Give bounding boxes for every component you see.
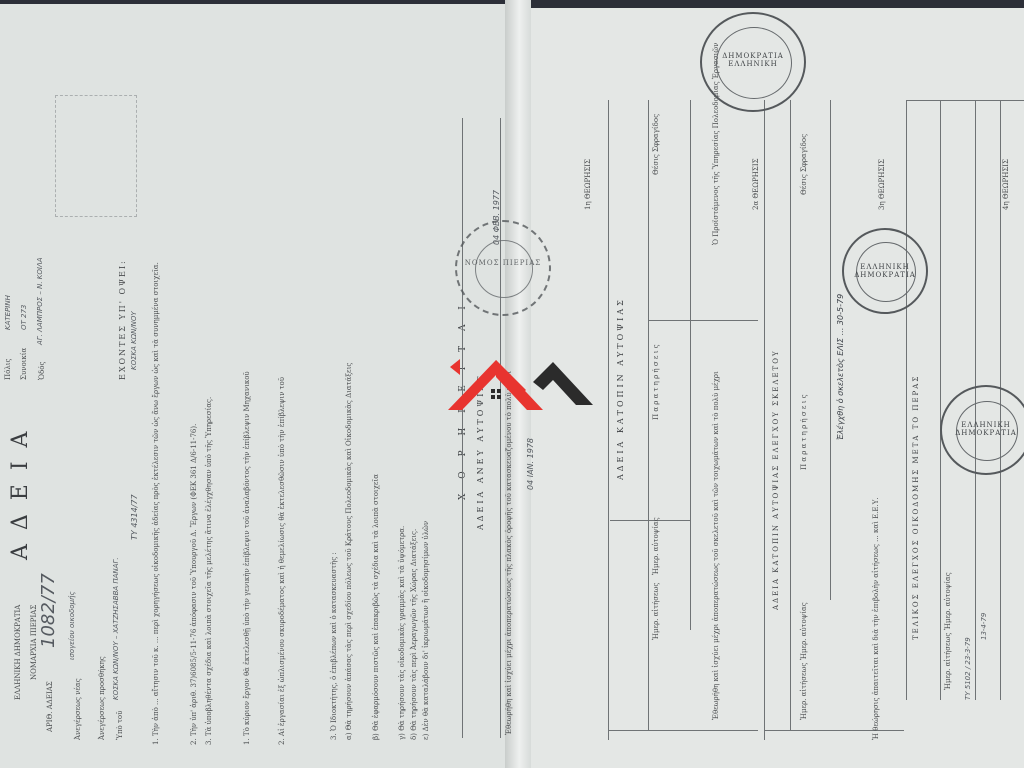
- permit-number-label: ΑΡΙΘ. ΑΔΕΙΑΣ: [46, 681, 54, 732]
- protocol-value: ΤΥ 4314/77: [130, 494, 139, 540]
- stamp-republic-top: ΔΗΜΟΚΡΑΤΙΑ ΕΛΛΗΝΙΚΗ: [700, 12, 806, 112]
- section2-border-left: [608, 100, 609, 740]
- header-republic: ΕΛΛΗΝΙΚΗ ΔΗΜΟΚΡΑΤΙΑ: [14, 605, 22, 700]
- section4-col-request: Ἡμερ. αἰτήσεως: [944, 633, 952, 690]
- section2-col1: [648, 100, 649, 730]
- section2-validity: Ἐθεωρήθη καὶ ἰσχύει μέχρι ἀποπερατώσεως …: [712, 371, 720, 720]
- city-value: ΚΑΤΕΡΙΝΗ: [4, 295, 12, 330]
- section2-border-bottom: [608, 730, 758, 731]
- stamp-faded-left: [55, 95, 137, 217]
- section2-col-remarks: Π α ρ α τ η ρ ή σ ε ι ς: [652, 344, 660, 420]
- obligation-c: γ) Θὰ τηρήσουν τὰς οἰκοδομικὰς γραμμὰς κ…: [398, 526, 406, 740]
- stamp-republic-mid: ΕΛΛΗΝΙΚΗ ΔΗΜΟΚΡΑΤΙΑ: [842, 228, 928, 314]
- section3-border-left: [764, 100, 765, 740]
- section2-col-inspection: Ἡμερ. αὐτοψίας: [652, 517, 660, 575]
- section1-validity-date: 04 ΙΑΝ. 1978: [526, 438, 535, 490]
- section4-border-left: [906, 100, 907, 700]
- applicant-value: ΚΟΣΚΑ ΚΩΝ/ΝΟΥ: [130, 311, 138, 370]
- permit-number-value: 1082/77: [38, 573, 59, 648]
- section2-row2: [610, 520, 690, 521]
- new-construction-value: ισογείου οικοδομής: [68, 591, 76, 660]
- header-prefecture: ΝΟΜΑΡΧΙΑ ΠΙΕΡΙΑΣ: [30, 605, 38, 680]
- block-label: Συνοικία: [20, 348, 28, 380]
- obligations-title: 3. Ὁ Ιδιοκτήτης, ὁ ἐπιβλέπων καὶ ὁ κατασ…: [330, 552, 338, 740]
- clause-4: 1. Τὸ κύριον ἔργον θὰ ἐκτελεσθῇ ὑπὸ τὴν …: [243, 371, 251, 745]
- section1-validity: Ἐθεωρήθη καὶ ἰσχύει μέχρι ἀποπερατώσεως …: [505, 371, 513, 735]
- section2-col2: [690, 100, 691, 630]
- block-value: ΟΤ 273: [20, 305, 28, 330]
- street-label: Ὁδός: [38, 362, 46, 380]
- section3-border-bottom: [764, 730, 904, 731]
- section2-col-request: Ἡμερ. αἰτήσεως: [652, 583, 660, 640]
- stamp-prefecture: ΝΟΜΟΣ ΠΙΕΡΙΑΣ: [455, 220, 551, 316]
- section4-col-inspection: Ἡμερ. αὐτοψίας: [944, 572, 952, 630]
- new-construction-label: Ἀνεγέρσεως νέας: [74, 678, 82, 740]
- section1-inspection: 1η ΘΕΩΡΗΣΙΣ: [584, 159, 592, 210]
- section3-col-inspection: Ἡμερ. αὐτοψίας: [800, 602, 808, 660]
- obligation-e: ε) Δὲν θὰ καταλάβουν δι' ἰκριωμάτων ἢ οἰ…: [422, 521, 430, 740]
- section3-col-service: Θέσις Σφραγίδος: [800, 134, 808, 195]
- obligation-b: β) Θὰ ἐφαρμόσουν πιστῶς καὶ ἐπακριβῶς τὰ…: [372, 474, 380, 740]
- street-value: ΑΓ. ΛΑΜΠΡΟΣ – Ν. ΚΟΙΛΑ: [36, 257, 44, 345]
- section4-col1: [940, 100, 941, 700]
- section3-col2: [830, 100, 831, 600]
- obligation-a: α) Θὰ τηρήσουν ἀπάσας τὰς περὶ σχεδίου π…: [345, 363, 353, 740]
- section2-col-service: Θέσις Σφραγίδος: [652, 114, 660, 175]
- section3-col1: [790, 100, 791, 730]
- owner-value: ΚΟΣΚΑ ΚΩΝ/ΝΟΥ – ΧΑΤΖΗΣΑΒΒΑ ΠΑΝΑΓ.: [112, 557, 120, 700]
- section3-col-request: Ἡμερ. αἰτήσεως: [800, 663, 808, 720]
- addition-label: Ἀνεγέρσεως προσθήκης: [98, 656, 106, 740]
- section2-inspection: 2α ΘΕΩΡΗΣΙΣ: [752, 158, 760, 210]
- section3-inspection: 3η ΘΕΩΡΗΣΙΣ: [878, 159, 886, 210]
- section2-row: [648, 320, 758, 321]
- clause-5: 2. Αἱ ἐργασίαι ἐξ ὡπλισμένου σκυροδέματο…: [278, 377, 286, 745]
- section4-title: ΤΕΛΙΚΟΣ ΕΛΕΓΧΟΣ ΟΙΚΟΔΟΜΗΣ ΜΕΤΑ ΤΟ ΠΕΡΑΣ: [912, 375, 920, 640]
- section3-title: ΑΔΕΙΑ ΚΑΤΟΠΙΝ ΑΥΤΟΨΙΑΣ ΕΛΕΓΧΟΥ ΣΚΕΛΕΤΟΥ: [772, 349, 780, 610]
- section4-border-top: [906, 100, 1024, 101]
- obligation-d: δ) Θὰ τηρήσουν τὰς περὶ Ἀεραγωγῶν τῆς Χώ…: [410, 529, 418, 740]
- house-logo-icon: [448, 355, 593, 415]
- section4-inspection: 4η ΘΕΩΡΗΣΙΣ: [1002, 159, 1010, 210]
- clause-3: 3. Τὰ ὑποβληθέντα σχέδια καὶ λοιπὰ στοιχ…: [205, 397, 213, 745]
- section4-note: Ἡ θεώρησις ἀπαιτεῖται καὶ διὰ τὴν ἐπιβολ…: [872, 497, 880, 740]
- section4-request-date: ΤΥ 5102 / 23-3-79: [964, 637, 972, 700]
- clause-1: 1. Τὴν ἀπὸ ... αἴτησιν τοῦ κ. ... περὶ χ…: [152, 262, 160, 745]
- section4-inspection-date: 13-4-79: [980, 613, 988, 640]
- clause-2: 2. Τὴν ὑπ' ἀριθ. 37)6085/5-11-76 ἀπόφασι…: [190, 424, 198, 745]
- section3-col-remarks: Π α ρ α τ η ρ ή σ ε ι ς: [800, 394, 808, 470]
- stamp-republic-bottom: ΕΛΛΗΝΙΚΗ ΔΗΜΟΚΡΑΤΙΑ: [940, 385, 1024, 475]
- city-label: Πόλις: [4, 359, 12, 380]
- section2-title: ΑΔΕΙΑ ΚΑΤΟΠΙΝ ΑΥΤΟΨΙΑΣ: [616, 297, 625, 480]
- document-title: ΑΔΕΙΑ: [8, 418, 33, 560]
- having-regard-label: ΕΧΟΝΤΕΣ ΥΠ' ΟΨΕΙ:: [118, 259, 127, 380]
- section3-handwritten-note: Ἐλέγχθη ὁ σκελετὸς ΕΛΙΣ ... 30-5-79: [836, 294, 845, 440]
- owner-label: Ὑπὸ τοῦ: [116, 711, 124, 740]
- section1-border-left: [462, 118, 463, 738]
